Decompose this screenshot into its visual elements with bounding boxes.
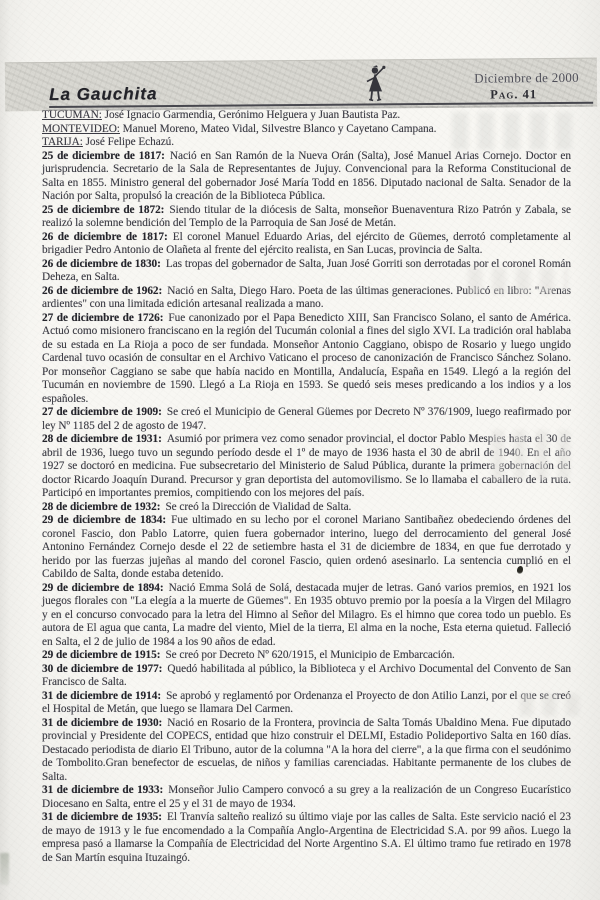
ephemeris-entry: 27 de diciembre de 1726:Fue canonizado p… (42, 312, 571, 407)
ephemeris-entry: 29 de diciembre de 1915:Se creó por Decr… (42, 649, 571, 663)
magazine-title: La Gauchita (49, 84, 157, 105)
entry-date: 27 de diciembre de 1909: (42, 406, 162, 418)
entry-date: 29 de diciembre de 1894: (42, 582, 164, 594)
delegate-names: José Felipe Echazú. (86, 136, 174, 148)
ephemeris-entry: 31 de diciembre de 1930:Nació en Rosario… (42, 717, 571, 785)
ephemeris-entry: 31 de diciembre de 1914:Se aprobó y regl… (42, 690, 571, 717)
delegate-names: Manuel Moreno, Mateo Vidal, Silvestre Bl… (123, 123, 437, 135)
ephemeris-entry: 26 de diciembre de 1817:El coronel Manue… (42, 231, 571, 258)
delegate-names: José Ignacio Garmendia, Gerónimo Helguer… (105, 109, 401, 121)
ephemeris-entry: 27 de diciembre de 1909:Se creó el Munic… (42, 406, 571, 433)
delegate-line: TARIJA: José Felipe Echazú. (42, 136, 571, 150)
ephemeris-entry: 26 de diciembre de 1962:Nació en Salta, … (42, 285, 571, 312)
entry-date: 27 de diciembre de 1726: (42, 312, 163, 324)
ephemeris-entry: 28 de diciembre de 1932:Se creó la Direc… (42, 501, 571, 515)
scanned-magazine-page: La Gauchita Diciembre de 2000 Pag. 41 TU… (0, 0, 600, 900)
entry-date: 28 de diciembre de 1931: (42, 433, 162, 445)
delegate-place: TUCUMAN: (42, 109, 102, 121)
ephemeris-entry: 29 de diciembre de 1894:Nació Emma Solá … (42, 582, 571, 650)
article-body: TUCUMAN: José Ignacio Garmendia, Gerónim… (42, 109, 571, 865)
entry-date: 26 de diciembre de 1817: (42, 231, 168, 243)
delegate-place: MONTEVIDEO: (42, 123, 120, 135)
page-number: Pag. 41 (490, 87, 537, 102)
ephemeris-entry: 28 de diciembre de 1931:Asumió por prime… (42, 433, 571, 501)
delegate-line: MONTEVIDEO: Manuel Moreno, Mateo Vidal, … (42, 123, 571, 137)
entry-text: Se creó la Dirección de Vialidad de Salt… (165, 501, 351, 513)
entry-date: 31 de diciembre de 1935: (42, 811, 162, 823)
entry-text: Fue canonizado por el Papa Benedicto XII… (42, 312, 571, 405)
entry-date: 31 de diciembre de 1933: (42, 784, 163, 796)
header-band: La Gauchita Diciembre de 2000 Pag. 41 (5, 58, 597, 112)
issue-date: Diciembre de 2000 (474, 70, 579, 87)
entry-date: 25 de diciembre de 1817: (42, 150, 165, 162)
ephemeris-entry: 31 de diciembre de 1935:El Tranvía salte… (42, 811, 571, 865)
ephemeris-entry: 26 de diciembre de 1830:Las tropas del g… (42, 258, 571, 285)
delegate-line: TUCUMAN: José Ignacio Garmendia, Gerónim… (42, 109, 571, 123)
scan-edge-artifact (0, 853, 9, 885)
entry-date: 30 de diciembre de 1977: (42, 663, 162, 675)
entry-date: 31 de diciembre de 1930: (42, 717, 162, 729)
dancing-gauchita-icon (363, 64, 389, 106)
entry-date: 29 de diciembre de 1834: (42, 514, 166, 526)
entry-date: 26 de diciembre de 1962: (42, 285, 162, 297)
entry-date: 31 de diciembre de 1914: (42, 690, 161, 702)
delegate-place: TARIJA: (42, 136, 83, 148)
entry-date: 25 de diciembre de 1872: (42, 204, 164, 216)
entry-text: Se creó por Decreto Nº 620/1915, el Muni… (165, 649, 454, 661)
entry-date: 28 de diciembre de 1932: (42, 501, 160, 513)
ephemeris-entry: 30 de diciembre de 1977:Quedó habilitada… (42, 663, 571, 690)
ephemeris-entry: 29 de diciembre de 1834:Fue ultimado en … (42, 514, 571, 582)
entry-date: 29 de diciembre de 1915: (42, 649, 160, 661)
ephemeris-entry: 31 de diciembre de 1933:Monseñor Julio C… (42, 784, 571, 811)
entry-date: 26 de diciembre de 1830: (42, 258, 161, 270)
ephemeris-entry: 25 de diciembre de 1872:Siendo titular d… (42, 204, 571, 231)
ephemeris-entry: 25 de diciembre de 1817:Nació en San Ram… (42, 150, 571, 204)
